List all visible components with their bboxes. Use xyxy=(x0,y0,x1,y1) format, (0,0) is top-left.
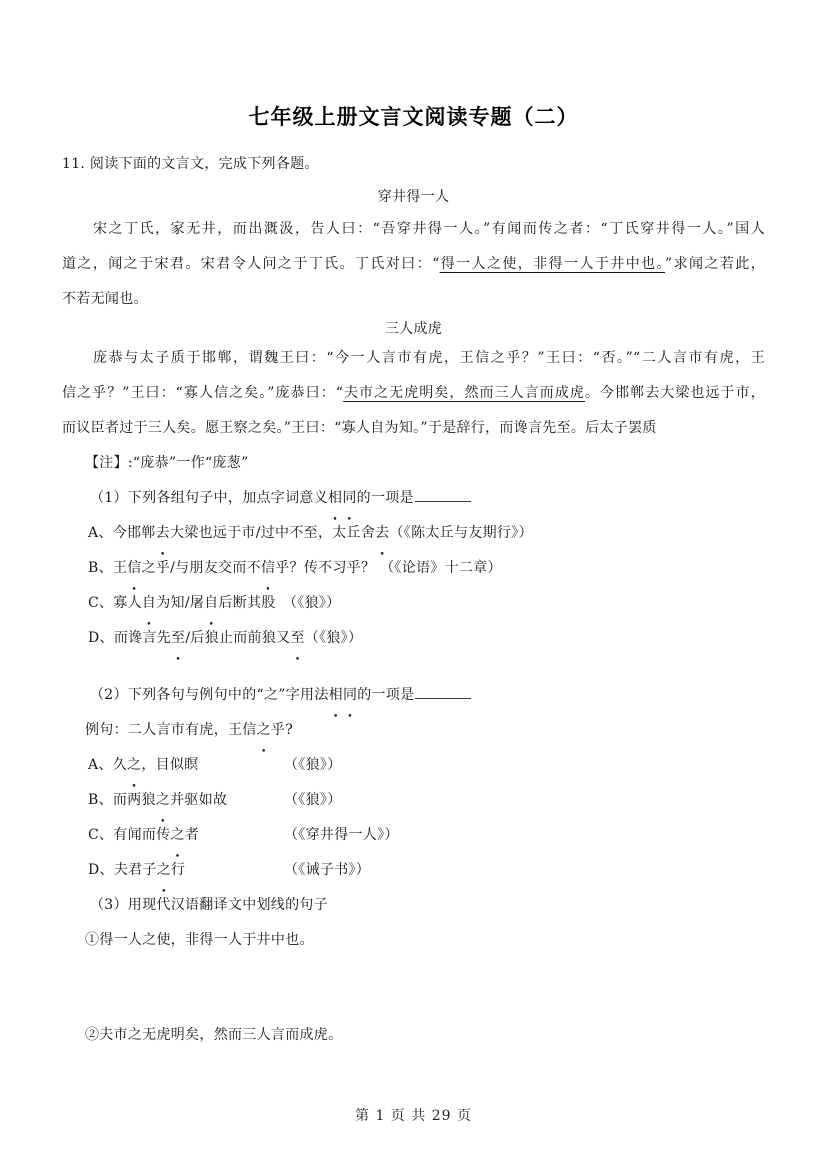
question1-option-b: B、王信之乎/与朋友交而不信乎？传不习乎？ （《论语》十二章） xyxy=(88,551,765,586)
question2-option-a: A、久之，目似瞑 （《狼》） xyxy=(88,748,765,783)
question2-option-b-source: （《狼》） xyxy=(284,783,342,818)
question2-option-b-text: B、而两狼之并驱如故 xyxy=(88,783,284,818)
question2-example: 例句：二人言市有虎，王信之乎? xyxy=(85,713,765,748)
passage2-line-2: 信之乎？”王曰：“寡人信之矣。”庞恭曰：“夫市之无虎明矣，然而三人言而成虎。今邯… xyxy=(62,376,765,411)
passage2-line-3: 而议臣者过于三人矣。愿王察之矣。”王曰：“寡人自为知。”于是辞行，而谗言先至。后… xyxy=(62,411,765,446)
passage1-line-3: 不若无闻也。 xyxy=(62,282,765,317)
intro-line: 11. 阅读下面的文言文，完成下列各题。 xyxy=(62,147,765,182)
note-line: 【注】:“庞恭”一作“庞葱” xyxy=(85,446,765,481)
question2-option-a-text: A、久之，目似瞑 xyxy=(88,748,284,783)
question2-option-c-source: （《穿井得一人》） xyxy=(284,818,399,853)
question3-item-2: ②夫市之无虎明矣，然而三人言而成虎。 xyxy=(85,1018,765,1053)
page-footer: 第 1 页 共 29 页 xyxy=(0,1105,827,1125)
passage2-title: 三人成虎 xyxy=(62,317,765,341)
question2-option-c-text: C、有闻而传之者 xyxy=(88,818,284,853)
question2-option-b: B、而两狼之并驱如故 （《狼》） xyxy=(88,783,765,818)
question2-option-d-source: （《诫子书》） xyxy=(284,853,370,888)
question1-option-d: D、而谗言先至/后狼止而前狼又至（《狼》） xyxy=(88,621,765,656)
document-page: 七年级上册文言文阅读专题（二） 11. 阅读下面的文言文，完成下列各题。 穿井得… xyxy=(0,0,827,1169)
question3-item-1: ①得一人之使，非得一人于井中也。 xyxy=(85,923,765,958)
question1-option-c: C、寡人自为知/屠自后断其股 （《狼》） xyxy=(88,586,765,621)
page-title: 七年级上册文言文阅读专题（二） xyxy=(62,101,765,131)
question1-option-a: A、今邯郸去大梁也远于市/过中不至，太丘舍去（《陈太丘与友期行》） xyxy=(88,516,765,551)
question2-option-a-source: （《狼》） xyxy=(284,748,342,783)
question2-option-d: D、夫君子之行 （《诫子书》） xyxy=(88,853,765,888)
passage1-line-2: 道之，闻之于宋君。宋君令人问之于丁氏。丁氏对曰：“得一人之使，非得一人于井中也。… xyxy=(62,247,765,282)
question3-heading: （3）用现代汉语翻译文中划线的句子 xyxy=(90,888,765,923)
passage2-line-1: 庞恭与太子质于邯郸，谓魏王曰：“今一人言市有虎，王信之乎？”王曰：“否。”“二人… xyxy=(62,341,765,376)
question1-heading: （1）下列各组句子中，加点字词意义相同的一项是 xyxy=(90,481,765,516)
question2-heading: （2）下列各句与例句中的“之”字用法相同的一项是 xyxy=(90,678,765,713)
question2-option-d-text: D、夫君子之行 xyxy=(88,853,284,888)
question2-option-c: C、有闻而传之者 （《穿井得一人》） xyxy=(88,818,765,853)
passage1-line-1: 宋之丁氏，家无井，而出溉汲，告人曰：“吾穿井得一人。”有闻而传之者：“丁氏穿井得… xyxy=(62,212,765,247)
passage1-title: 穿井得一人 xyxy=(62,182,765,212)
